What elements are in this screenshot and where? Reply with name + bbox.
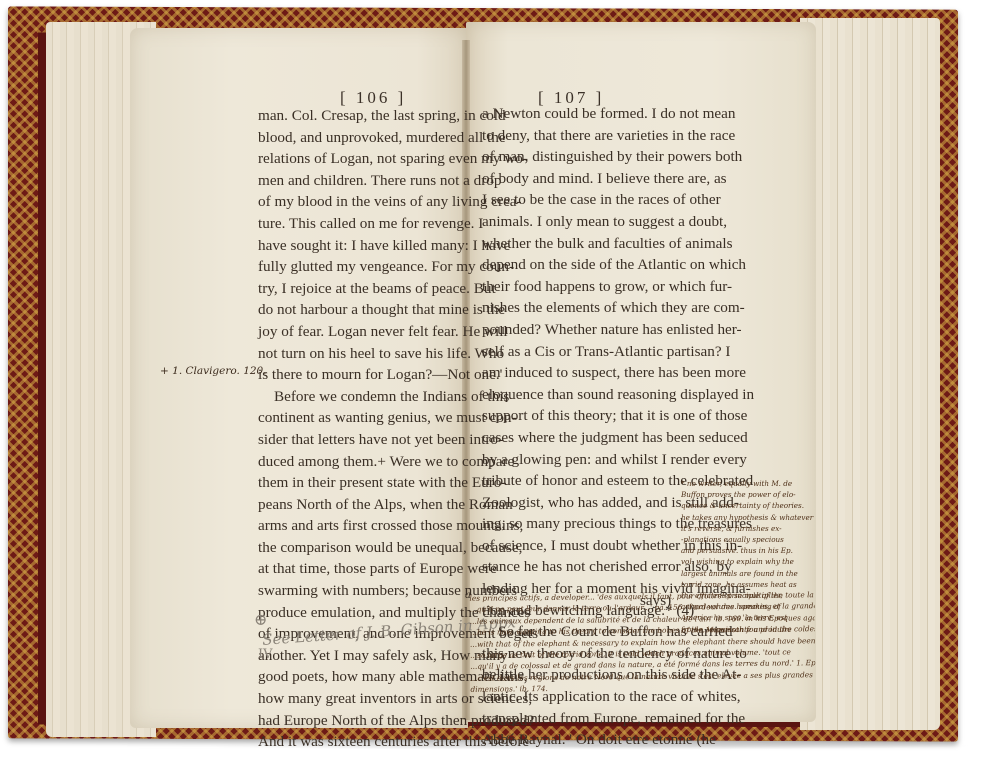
text-line: the comparison would be unequal, because… — [258, 537, 466, 559]
text-line: peans North of the Alps, when the Roman — [258, 494, 466, 516]
note-line: vol. wishing to explain why the — [681, 556, 816, 567]
text-line: of science, I must doubt whether in this… — [482, 535, 678, 557]
note-line: and persuasive. thus in his Ep. — [681, 545, 816, 556]
text-line: had Europe North of the Alps then produc… — [258, 710, 466, 732]
text-line: tribute of honor and esteem to the celeb… — [482, 470, 678, 492]
text-line: do not harbour a thought that mine is th… — [258, 299, 466, 321]
text-line: ture. This called on me for revenge. I — [258, 213, 466, 235]
pencil-cross-mark: ⊕ — [254, 610, 267, 629]
text-line: of man, distinguished by their powers bo… — [482, 146, 678, 168]
note-line: torrid zone, he assumes heat as — [681, 579, 816, 590]
text-line: I see to be the case in the races of oth… — [482, 189, 678, 211]
text-line: man. Col. Cresap, the last spring, in co… — [258, 105, 466, 127]
note-line: Buffon proves the power of elo- — [681, 489, 816, 500]
note-line: -planations equally specious — [681, 534, 816, 545]
text-line: Before we condemn the Indians of this — [258, 386, 466, 408]
text-line: self as a Cis or Trans-Atlantic partisan… — [482, 341, 678, 363]
text-line: swarming with numbers; because numbers — [258, 580, 466, 602]
note-line: he takes any hypothesis & whatever — [681, 512, 816, 523]
text-line: stance he has not cherished error also, … — [482, 556, 678, 578]
text-line: whether the bulk and faculties of animal… — [482, 233, 678, 255]
page-edges-right — [800, 18, 940, 730]
text-line: not turn on his heel to save his life. W… — [258, 343, 466, 365]
text-line: have sought it: I have killed many: I ha… — [258, 235, 466, 257]
text-line: pounded? Whether nature has enlisted her… — [482, 319, 678, 341]
text-line: ing, so many precious things to the trea… — [482, 513, 678, 535]
text-line: animals. I only mean to suggest a doubt, — [482, 211, 678, 233]
text-line: support of this theory; that it is one o… — [482, 405, 678, 427]
text-line: eloquence than sound reasoning displayed… — [482, 384, 678, 406]
text-line: another. Yet I may safely ask, How many — [258, 645, 466, 667]
text-line: joy of fear. Logan never felt fear. He w… — [258, 321, 466, 343]
text-line: duced among them.+ Were we to compare — [258, 451, 466, 473]
book-shadow — [200, 742, 980, 750]
text-line: of my blood in the veins of any living c… — [258, 191, 466, 213]
text-line: Zoologist, who has added, and is still a… — [482, 492, 678, 514]
text-line: their food happens to grow, or which fur… — [482, 276, 678, 298]
text-line: relations of Logan, not sparing even my … — [258, 148, 466, 170]
text-line: men and children. There runs not a drop — [258, 170, 466, 192]
text-line: am induced to suspect, there has been mo… — [482, 362, 678, 384]
text-line: arms and arts first crossed those mounta… — [258, 515, 466, 537]
text-line: of body and mind. I believe there are, a… — [482, 168, 678, 190]
text-line: sider that letters have not yet been int… — [258, 429, 466, 451]
text-line: cases where the judgment has been seduce… — [482, 427, 678, 449]
text-line: them in their present state with the Eur… — [258, 472, 466, 494]
text-line: fully glutted my vengeance. For my coun- — [258, 256, 466, 278]
text-line: try, I rejoice at the beams of peace. Bu… — [258, 278, 466, 300]
signature-mark: IV — [258, 647, 273, 662]
text-line: is there to mourn for Logan?—Not one.' — [258, 364, 466, 386]
note-line: * no writer, equally with M. de — [681, 478, 816, 489]
text-line: depend on the side of the Atlantic on wh… — [482, 254, 678, 276]
handwritten-bottom-note: les principes actifs, a developer... 'de… — [469, 589, 815, 695]
text-line: transplanted from Europe, remained for t… — [482, 708, 678, 730]
text-line: to deny, that there are varieties in the… — [482, 125, 678, 147]
text-line: by a glowing pen: and whilst I render ev… — [482, 449, 678, 471]
note-line: largest animals are found in the — [681, 568, 816, 579]
text-line: how many great inventors in arts or scie… — [258, 688, 466, 710]
text-line: nishes the elements of which they are co… — [482, 297, 678, 319]
text-line: continent as wanting genius, we must con… — [258, 407, 466, 429]
text-line: blood, and unprovoked, murdered all the — [258, 127, 466, 149]
text-line: at that time, those parts of Europe were — [258, 558, 466, 580]
note-line: it's reverse, & furnishes ex- — [681, 523, 816, 534]
margin-note-clavigero: + 1. Clavigero. 120. — [160, 365, 267, 377]
note-line: quence & uncertainty of theories. — [681, 500, 816, 511]
left-page-text: man. Col. Cresap, the last spring, in co… — [258, 105, 466, 753]
text-line: good poets, how many able mathematicians… — [258, 666, 466, 688]
text-line: a Newton could be formed. I do not mean — [482, 103, 678, 125]
